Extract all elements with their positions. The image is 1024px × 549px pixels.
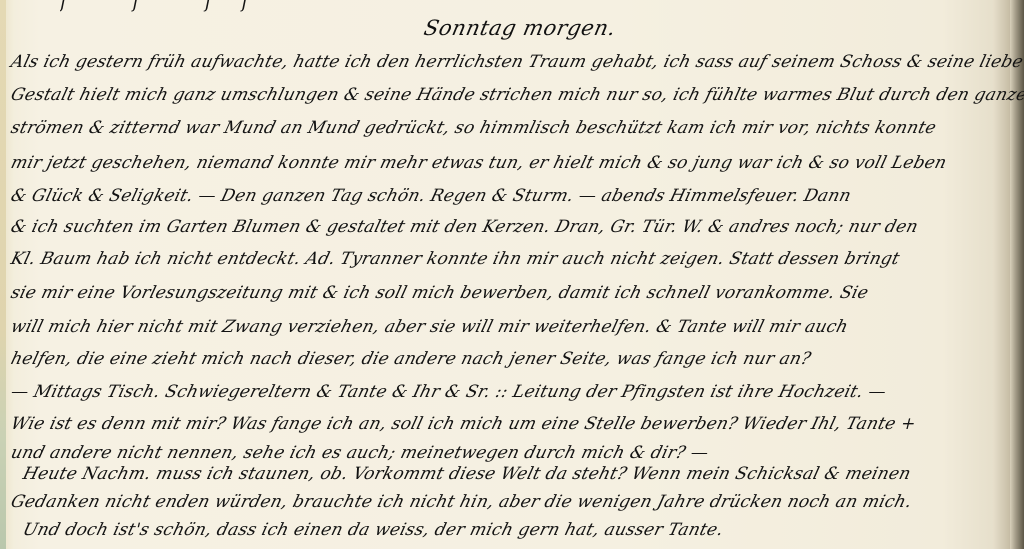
- handwritten-line: strömen & zitternd war Mund an Mund gedr…: [6, 118, 938, 148]
- handwritten-line: sie mir eine Vorlesungszeitung mit & ich…: [6, 283, 870, 313]
- handwritten-line: Gedanken nicht enden würden, brauchte ic…: [6, 492, 914, 522]
- book-binding-shadow: [1010, 0, 1024, 549]
- previous-line-fragment: ſ ſ ſſ: [60, 0, 360, 12]
- handwritten-line: Wie ist es denn mit mir? Was fange ich a…: [6, 414, 918, 444]
- handwritten-line: mir jetzt geschehen, niemand konnte mir …: [6, 153, 948, 183]
- handwritten-line: Kl. Baum hab ich nicht entdeckt. Ad. Tyr…: [6, 249, 901, 279]
- handwritten-line: will mich hier nicht mit Zwang verziehen…: [6, 317, 850, 347]
- page-left-edge: [0, 0, 6, 549]
- handwritten-line: Gestalt hielt mich ganz umschlungen & se…: [6, 85, 1024, 115]
- handwritten-line: & ich suchten im Garten Blumen & gestalt…: [6, 217, 920, 247]
- handwritten-line: & Glück & Seligkeit. — Den ganzen Tag sc…: [6, 186, 853, 216]
- handwritten-line: helfen, die eine zieht mich nach dieser,…: [6, 349, 813, 379]
- handwritten-line: Heute Nachm. muss ich staunen, ob. Vorko…: [6, 464, 913, 494]
- handwritten-line: Und doch ist's schön, dass ich einen da …: [6, 520, 725, 549]
- diary-page: ſ ſ ſſ Sonntag morgen. Als ich gestern f…: [0, 0, 1024, 549]
- handwritten-line: — Mittags Tisch. Schwiegereltern & Tante…: [6, 382, 888, 412]
- handwritten-line: Als ich gestern früh aufwachte, hatte ic…: [6, 52, 1024, 82]
- entry-heading: Sonntag morgen.: [397, 16, 642, 40]
